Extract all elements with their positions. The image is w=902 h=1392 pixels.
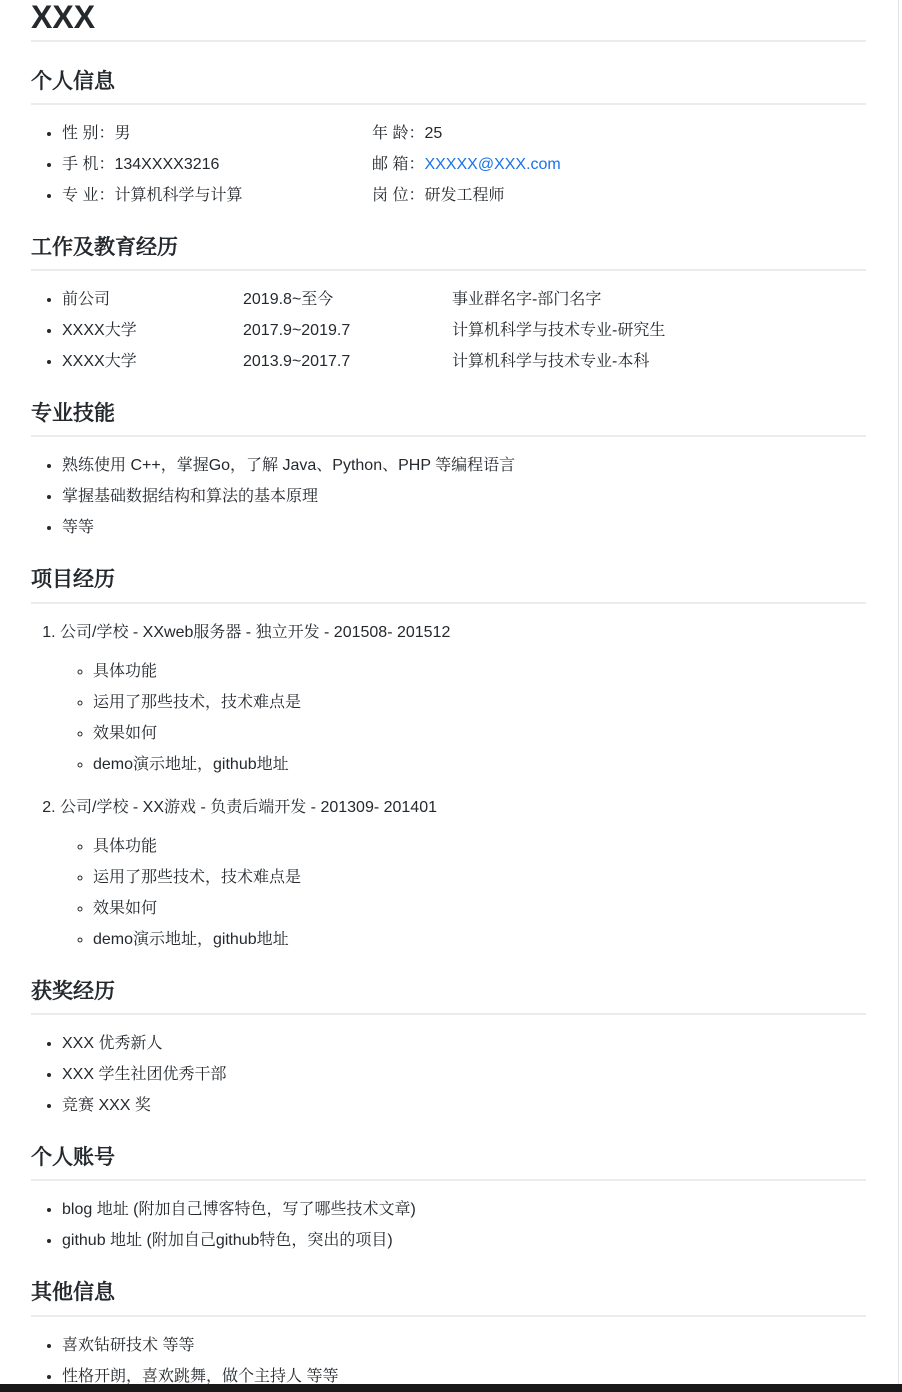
org-name: XXXX大学 xyxy=(62,350,243,374)
project-point: 效果如何 xyxy=(93,722,866,746)
section-accounts: 个人账号blog 地址 (附加自己博客特色，写了哪些技术文章)github 地址… xyxy=(31,1144,866,1253)
section-heading-skills: 专业技能 xyxy=(31,400,866,437)
email-link[interactable]: XXXXX@XXX.com xyxy=(424,156,560,173)
field-label: 性 别： xyxy=(62,125,114,142)
info-item: 性 别：男年 龄：25 xyxy=(62,122,866,146)
project-list: 公司/学校 - XXweb服务器 - 独立开发 - 201508- 201512… xyxy=(31,621,866,952)
section-experience: 工作及教育经历前公司2019.8~至今事业群名字-部门名字XXXX大学2017.… xyxy=(31,234,866,374)
section-awards: 获奖经历XXX 优秀新人XXX 学生社团优秀干部竞赛 XXX 奖 xyxy=(31,978,866,1118)
period: 2017.9~2019.7 xyxy=(243,319,452,343)
awards-item: XXX 学生社团优秀干部 xyxy=(62,1063,866,1087)
info-item: 手 机：134XXXX3216邮 箱：XXXXX@XXX.com xyxy=(62,153,866,177)
info-pair-left: 专 业：计算机科学与计算 xyxy=(62,184,372,208)
detail: 计算机科学与技术专业-研究生 xyxy=(452,322,665,339)
info-pair-left: 手 机：134XXXX3216 xyxy=(62,153,372,177)
period: 2019.8~至今 xyxy=(243,288,452,312)
other-info-list: 喜欢钻研技术 等等性格开朗，喜欢跳舞，做个主持人 等等 xyxy=(31,1334,866,1389)
field-value: 25 xyxy=(424,125,442,142)
section-heading-awards: 获奖经历 xyxy=(31,978,866,1015)
info-list: 性 别：男年 龄：25手 机：134XXXX3216邮 箱：XXXXX@XXX.… xyxy=(31,122,866,208)
field-label: 专 业： xyxy=(62,187,114,204)
field-value: 研发工程师 xyxy=(424,187,504,204)
section-heading-accounts: 个人账号 xyxy=(31,1144,866,1181)
sections-container: 个人信息性 别：男年 龄：25手 机：134XXXX3216邮 箱：XXXXX@… xyxy=(31,68,866,1389)
project-point: demo演示地址，github地址 xyxy=(93,928,866,952)
accounts-item: github 地址 (附加自己github特色，突出的项目) xyxy=(62,1229,866,1253)
project-item: 公司/学校 - XXweb服务器 - 独立开发 - 201508- 201512… xyxy=(60,621,866,777)
awards-item: 竞赛 XXX 奖 xyxy=(62,1094,866,1118)
project-points: 具体功能运用了那些技术，技术难点是效果如何demo演示地址，github地址 xyxy=(60,835,866,952)
org-name: 前公司 xyxy=(62,288,243,312)
experience-row: 前公司2019.8~至今事业群名字-部门名字 xyxy=(62,288,866,312)
section-projects: 项目经历公司/学校 - XXweb服务器 - 独立开发 - 201508- 20… xyxy=(31,566,866,951)
detail: 事业群名字-部门名字 xyxy=(452,291,601,308)
detail: 计算机科学与技术专业-本科 xyxy=(452,353,649,370)
skills-item: 掌握基础数据结构和算法的基本原理 xyxy=(62,485,866,509)
project-item: 公司/学校 - XX游戏 - 负责后端开发 - 201309- 201401具体… xyxy=(60,796,866,952)
project-points: 具体功能运用了那些技术，技术难点是效果如何demo演示地址，github地址 xyxy=(60,660,866,777)
info-pair-right: 岗 位：研发工程师 xyxy=(372,187,504,204)
section-personal-info: 个人信息性 别：男年 龄：25手 机：134XXXX3216邮 箱：XXXXX@… xyxy=(31,68,866,208)
project-point: 具体功能 xyxy=(93,835,866,859)
project-title: 公司/学校 - XXweb服务器 - 独立开发 - 201508- 201512 xyxy=(60,624,450,641)
page-title: XXX xyxy=(31,1,866,42)
skills-item: 等等 xyxy=(62,516,866,540)
other-info-item: 喜欢钻研技术 等等 xyxy=(62,1334,866,1358)
experience-list: 前公司2019.8~至今事业群名字-部门名字XXXX大学2017.9~2019.… xyxy=(31,288,866,374)
skills-item: 熟练使用 C++，掌握Go，了解 Java、Python、PHP 等编程语言 xyxy=(62,454,866,478)
org-name: XXXX大学 xyxy=(62,319,243,343)
field-value: 134XXXX3216 xyxy=(114,156,219,173)
project-point: 运用了那些技术，技术难点是 xyxy=(93,691,866,715)
period: 2013.9~2017.7 xyxy=(243,350,452,374)
project-point: 效果如何 xyxy=(93,897,866,921)
experience-row: XXXX大学2017.9~2019.7计算机科学与技术专业-研究生 xyxy=(62,319,866,343)
section-heading-projects: 项目经历 xyxy=(31,566,866,603)
awards-item: XXX 优秀新人 xyxy=(62,1032,866,1056)
resume-document: XXX 个人信息性 别：男年 龄：25手 机：134XXXX3216邮 箱：XX… xyxy=(0,0,902,1389)
field-label: 手 机： xyxy=(62,156,114,173)
right-edge-line xyxy=(898,0,899,1392)
project-title: 公司/学校 - XX游戏 - 负责后端开发 - 201309- 201401 xyxy=(60,799,437,816)
project-point: 运用了那些技术，技术难点是 xyxy=(93,866,866,890)
info-item: 专 业：计算机科学与计算岗 位：研发工程师 xyxy=(62,184,866,208)
info-pair-right: 邮 箱：XXXXX@XXX.com xyxy=(372,156,561,173)
info-pair-left: 性 别：男 xyxy=(62,122,372,146)
bottom-bar xyxy=(0,1384,902,1392)
info-pair-right: 年 龄：25 xyxy=(372,125,442,142)
awards-list: XXX 优秀新人XXX 学生社团优秀干部竞赛 XXX 奖 xyxy=(31,1032,866,1118)
field-label: 邮 箱： xyxy=(372,156,424,173)
project-point: demo演示地址，github地址 xyxy=(93,753,866,777)
accounts-item: blog 地址 (附加自己博客特色，写了哪些技术文章) xyxy=(62,1198,866,1222)
field-label: 年 龄： xyxy=(372,125,424,142)
project-point: 具体功能 xyxy=(93,660,866,684)
skills-list: 熟练使用 C++，掌握Go，了解 Java、Python、PHP 等编程语言掌握… xyxy=(31,454,866,540)
section-skills: 专业技能熟练使用 C++，掌握Go，了解 Java、Python、PHP 等编程… xyxy=(31,400,866,540)
accounts-list: blog 地址 (附加自己博客特色，写了哪些技术文章)github 地址 (附加… xyxy=(31,1198,866,1253)
section-other-info: 其他信息喜欢钻研技术 等等性格开朗，喜欢跳舞，做个主持人 等等 xyxy=(31,1279,866,1388)
section-heading-personal-info: 个人信息 xyxy=(31,68,866,105)
experience-row: XXXX大学2013.9~2017.7计算机科学与技术专业-本科 xyxy=(62,350,866,374)
field-label: 岗 位： xyxy=(372,187,424,204)
field-value: 计算机科学与计算 xyxy=(114,187,242,204)
section-heading-experience: 工作及教育经历 xyxy=(31,234,866,271)
section-heading-other-info: 其他信息 xyxy=(31,1279,866,1316)
field-value: 男 xyxy=(114,125,130,142)
